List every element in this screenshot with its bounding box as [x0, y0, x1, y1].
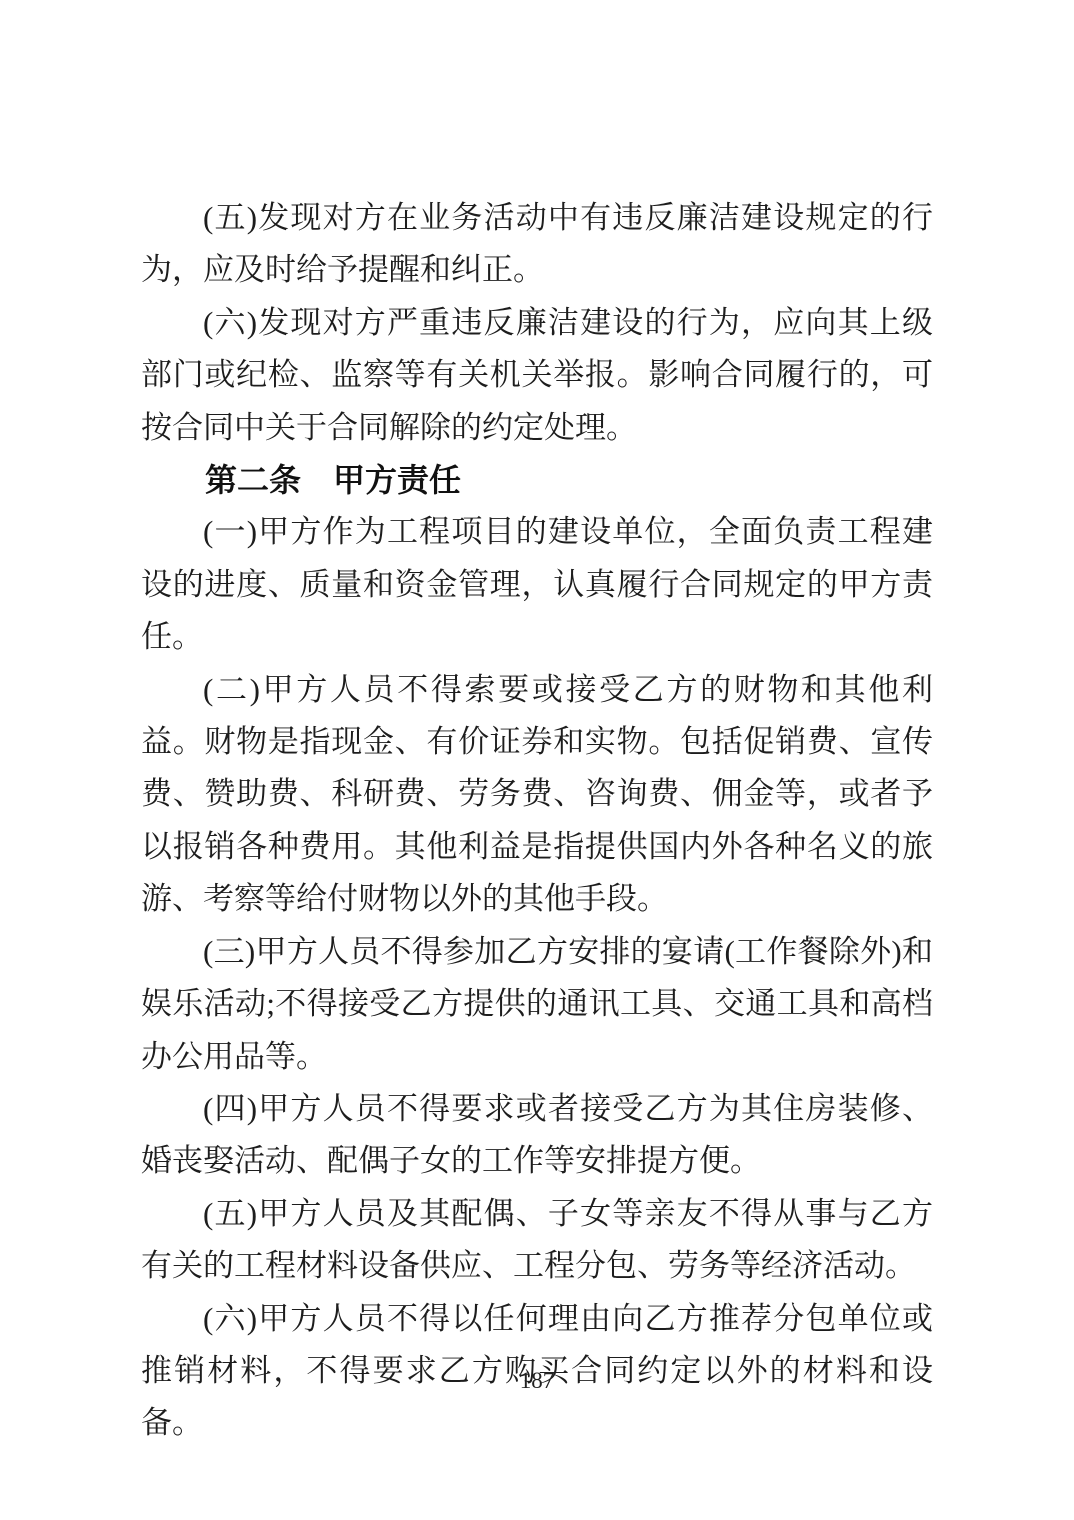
- clause-jiafang-1: (一)甲方作为工程项目的建设单位，全面负责工程建设的进度、质量和资金管理，认真履…: [141, 506, 933, 663]
- clause-counterpart-6: (六)发现对方严重违反廉洁建设的行为，应向其上级部门或纪检、监察等有关机关举报。…: [141, 297, 933, 454]
- clause-counterpart-5: (五)发现对方在业务活动中有违反廉洁建设规定的行为，应及时给予提醒和纠正。: [141, 192, 933, 297]
- section-heading-article-2: 第二条 甲方责任: [141, 454, 933, 506]
- document-page: (五)发现对方在业务活动中有违反廉洁建设规定的行为，应及时给予提醒和纠正。 (六…: [0, 0, 1074, 1520]
- clause-jiafang-4: (四)甲方人员不得要求或者接受乙方为其住房装修、婚丧娶活动、配偶子女的工作等安排…: [141, 1083, 933, 1188]
- page-number: 187: [0, 1368, 1074, 1394]
- clause-jiafang-3: (三)甲方人员不得参加乙方安排的宴请(工作餐除外)和娱乐活动;不得接受乙方提供的…: [141, 926, 933, 1083]
- clause-jiafang-5: (五)甲方人员及其配偶、子女等亲友不得从事与乙方有关的工程材料设备供应、工程分包…: [141, 1188, 933, 1293]
- clause-jiafang-2: (二)甲方人员不得索要或接受乙方的财物和其他利益。财物是指现金、有价证券和实物。…: [141, 664, 933, 926]
